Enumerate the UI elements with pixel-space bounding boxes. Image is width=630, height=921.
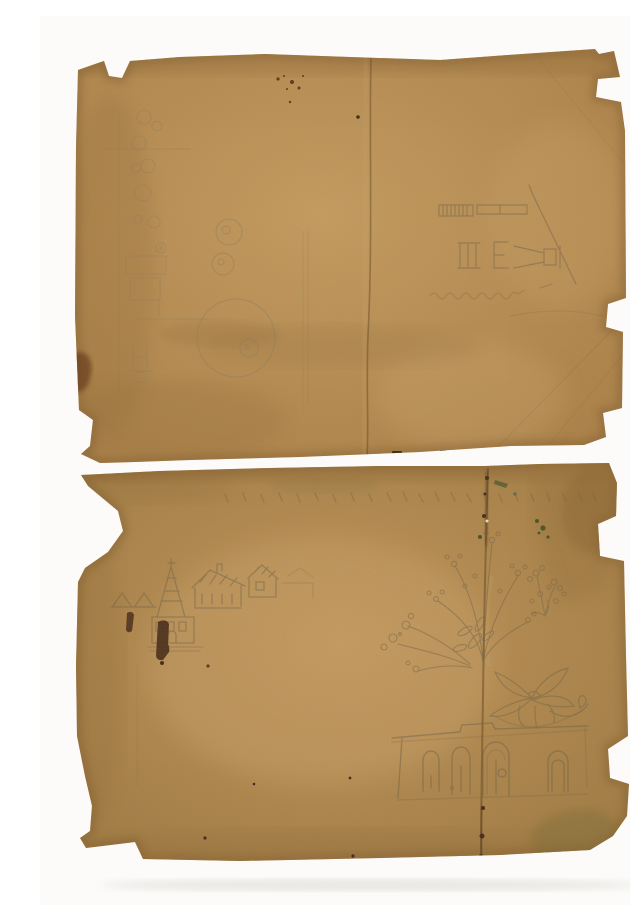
scanner-shadow [100, 879, 630, 891]
scanned-document [40, 16, 630, 905]
paper-grain-top [70, 44, 630, 469]
scan-canvas [40, 16, 630, 905]
paper-fragment-top [55, 44, 630, 469]
paper-fragment-bottom [62, 456, 630, 868]
paper-grain-bottom [70, 456, 630, 868]
